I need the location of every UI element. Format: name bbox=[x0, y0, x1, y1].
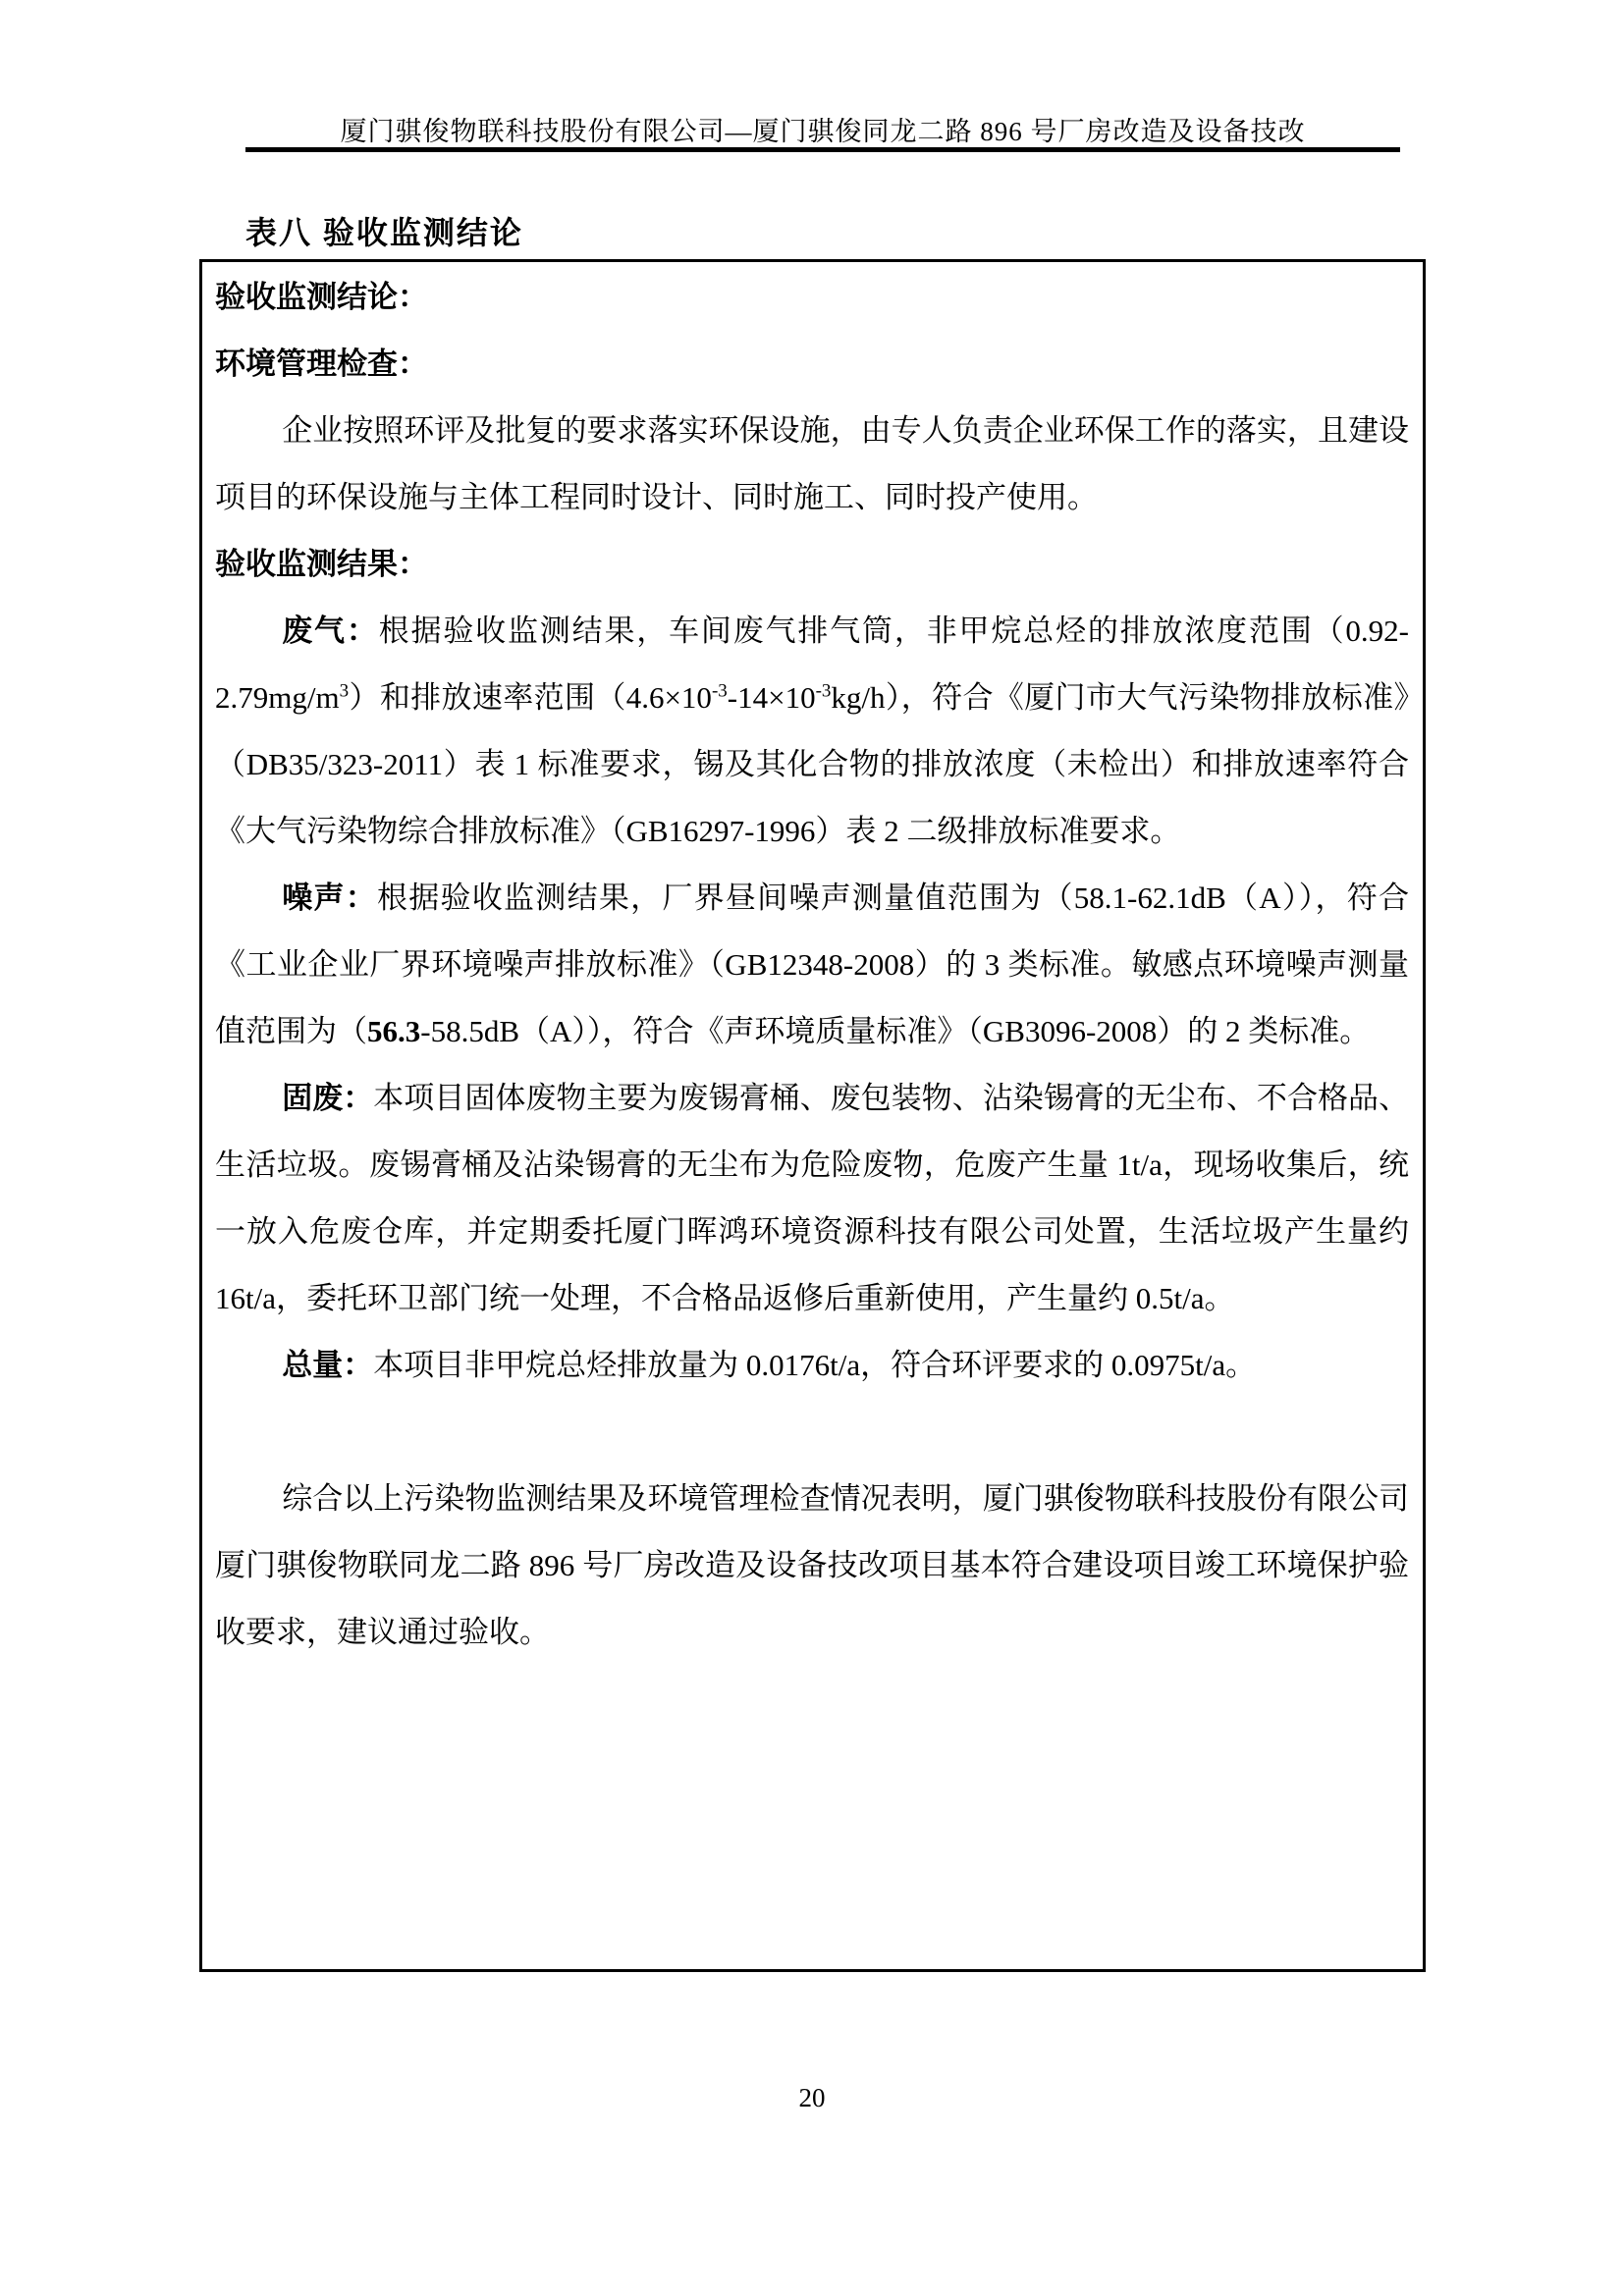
header-rule bbox=[245, 147, 1400, 152]
running-header: 厦门骐俊物联科技股份有限公司—厦门骐俊同龙二路 896 号厂房改造及设备技改 bbox=[245, 110, 1400, 148]
paragraph: 企业按照环评及批复的要求落实环保设施，由专人负责企业环保工作的落实，且建设项目的… bbox=[215, 398, 1409, 531]
paragraph: 综合以上污染物监测结果及环境管理检查情况表明，厦门骐俊物联科技股份有限公司厦门骐… bbox=[215, 1466, 1409, 1666]
paragraph: 总量：本项目非甲烷总烃排放量为 0.0176t/a，符合环评要求的 0.0975… bbox=[215, 1332, 1409, 1399]
table-title: 表八 验收监测结论 bbox=[245, 208, 523, 253]
paragraph: 固废：本项目固体废物主要为废锡膏桶、废包装物、沾染锡膏的无尘布、不合格品、生活垃… bbox=[215, 1065, 1409, 1332]
section-heading: 环境管理检查： bbox=[215, 331, 1409, 398]
document-page: 厦门骐俊物联科技股份有限公司—厦门骐俊同龙二路 896 号厂房改造及设备技改 表… bbox=[0, 0, 1624, 2296]
page-number: 20 bbox=[0, 2083, 1624, 2113]
conclusion-box: 验收监测结论：环境管理检查：企业按照环评及批复的要求落实环保设施，由专人负责企业… bbox=[199, 259, 1426, 1972]
section-heading: 验收监测结果： bbox=[215, 531, 1409, 598]
section-heading: 验收监测结论： bbox=[215, 264, 1409, 331]
paragraph: 废气：根据验收监测结果，车间废气排气筒，非甲烷总烃的排放浓度范围（0.92-2.… bbox=[215, 598, 1409, 865]
paragraph: 噪声：根据验收监测结果，厂界昼间噪声测量值范围为（58.1-62.1dB（A））… bbox=[215, 865, 1409, 1065]
blank-line bbox=[215, 1399, 1409, 1466]
